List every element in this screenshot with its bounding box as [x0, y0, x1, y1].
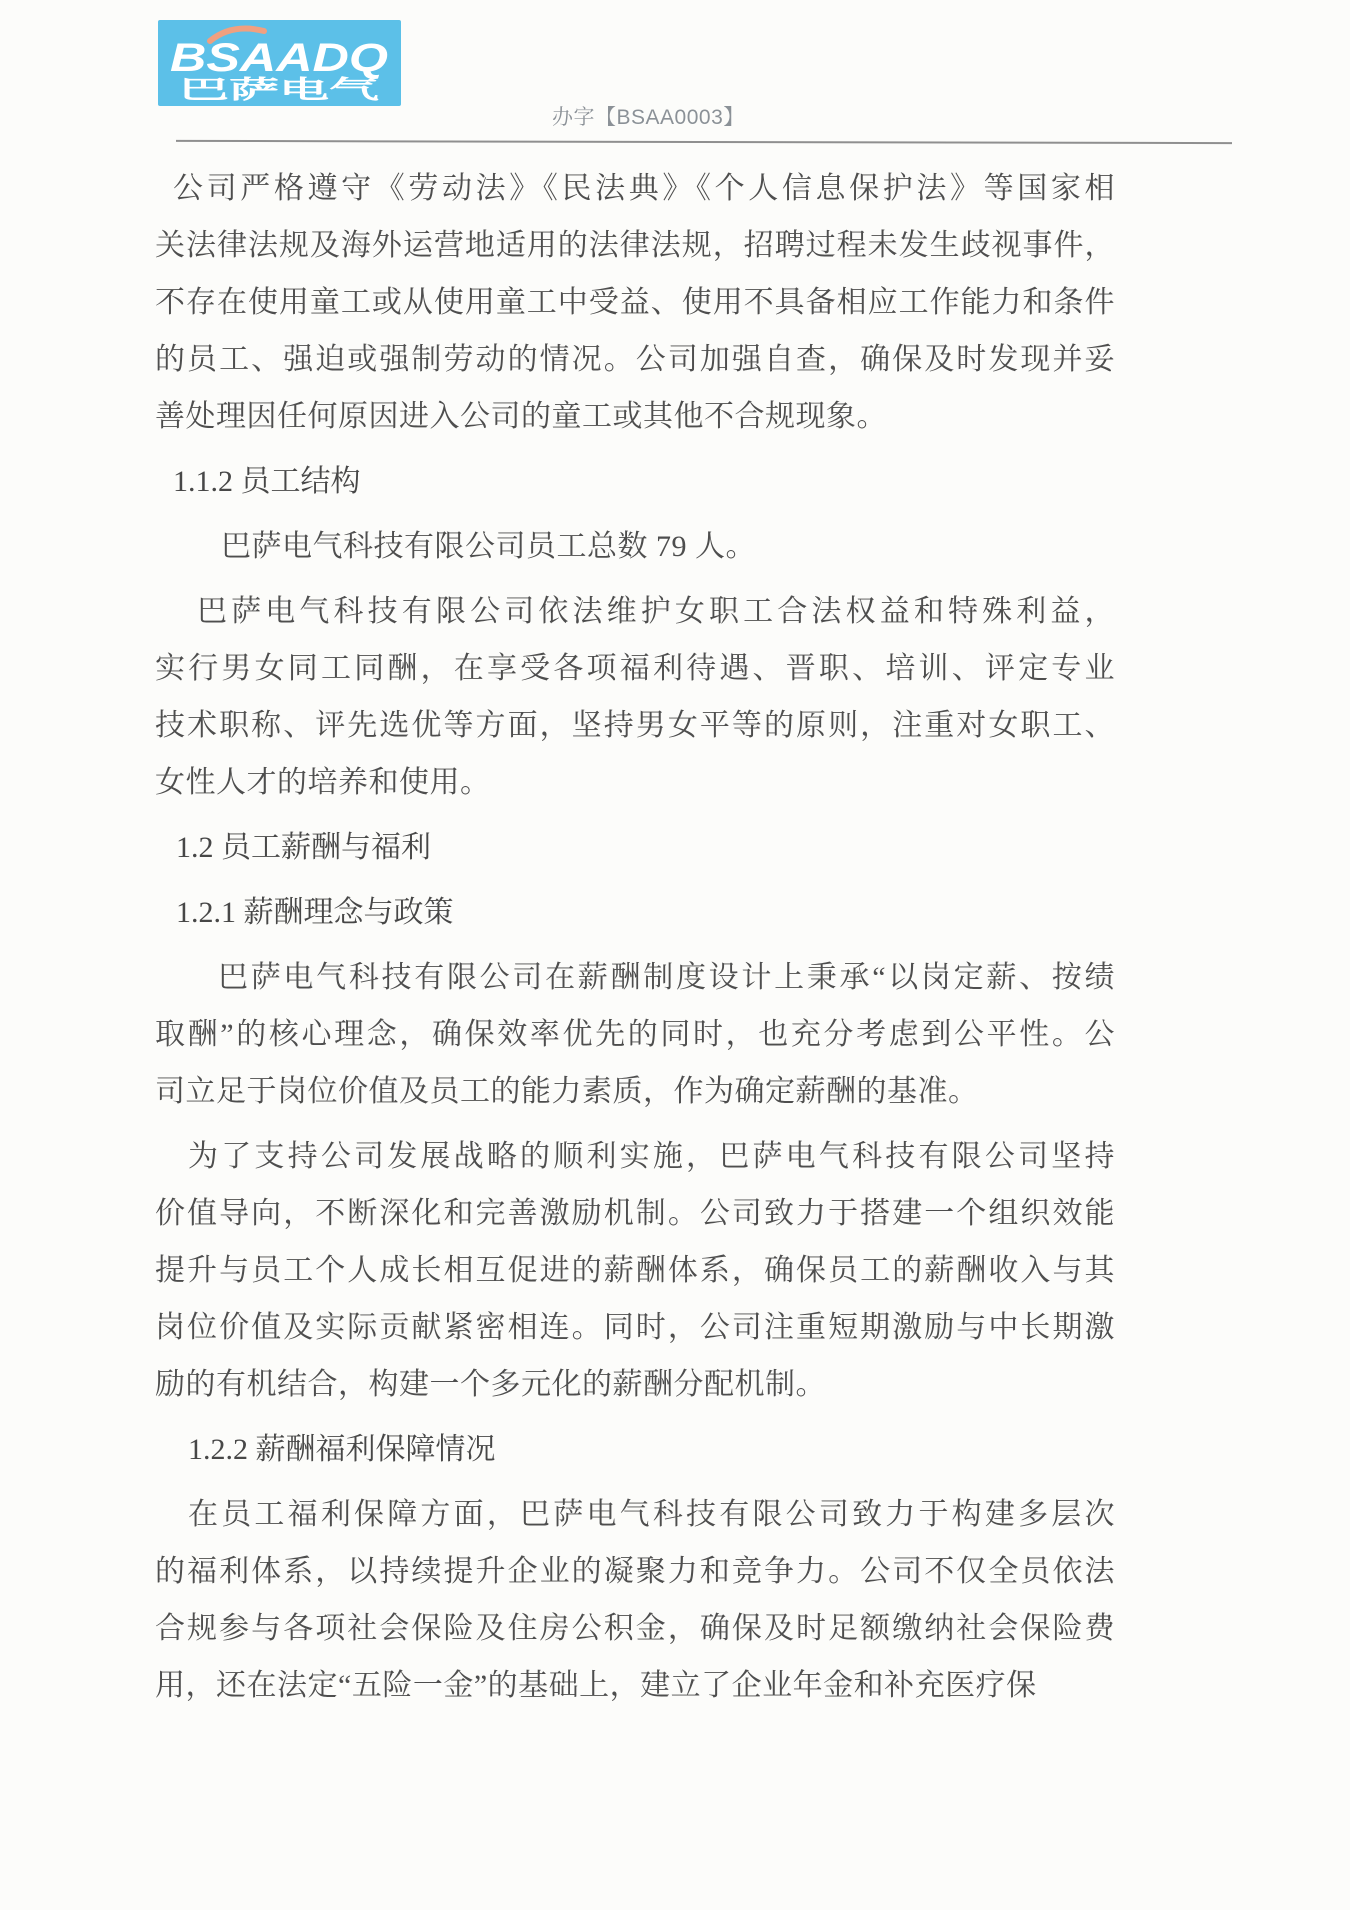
text-line: 巴萨电气科技有限公司员工总数 79 人。 [155, 518, 1115, 575]
body-paragraph: 巴萨电气科技有限公司依法维护女职工合法权益和特殊利益，实行男女同工同酬，在享受各… [155, 583, 1115, 811]
text-line: 公司严格遵守《劳动法》《民法典》《个人信息保护法》等国家相 [155, 160, 1115, 217]
body-paragraph: 在员工福利保障方面，巴萨电气科技有限公司致力于构建多层次的福利体系，以持续提升企… [155, 1486, 1115, 1714]
text-line: 女性人才的培养和使用。 [155, 754, 1115, 811]
logo-brand-cn-text: 巴萨电气 [179, 75, 379, 104]
text-line: 巴萨电气科技有限公司依法维护女职工合法权益和特殊利益， [155, 583, 1115, 640]
logo-brand-text: BSAADQ [170, 36, 388, 80]
text-line: 司立足于岗位价值及员工的能力素质，作为确定薪酬的基准。 [155, 1063, 1115, 1120]
section-heading: 1.2.1 薪酬理念与政策 [155, 884, 1115, 941]
text-line: 励的有机结合，构建一个多元化的薪酬分配机制。 [155, 1356, 1115, 1413]
body-paragraph: 巴萨电气科技有限公司员工总数 79 人。 [155, 518, 1115, 575]
text-line: 的福利体系，以持续提升企业的凝聚力和竞争力。公司不仅全员依法 [155, 1543, 1115, 1600]
text-line: 岗位价值及实际贡献紧密相连。同时，公司注重短期激励与中长期激 [155, 1299, 1115, 1356]
scanned-document-page: BSAADQ 巴萨电气 办字【BSAA0003】 公司严格遵守《劳动法》《民法典… [0, 0, 1350, 1910]
document-number: 办字【BSAA0003】 [552, 101, 745, 131]
body-paragraph: 为了支持公司发展战略的顺利实施，巴萨电气科技有限公司坚持价值导向，不断深化和完善… [155, 1128, 1115, 1413]
text-line: 取酬”的核心理念，确保效率优先的同时，也充分考虑到公平性。公 [155, 1006, 1115, 1063]
text-line: 技术职称、评先选优等方面，坚持男女平等的原则，注重对女职工、 [155, 697, 1115, 754]
text-line: 的员工、强迫或强制劳动的情况。公司加强自查，确保及时发现并妥 [155, 331, 1115, 388]
text-line: 在员工福利保障方面，巴萨电气科技有限公司致力于构建多层次 [155, 1486, 1115, 1543]
section-heading: 1.2.2 薪酬福利保障情况 [155, 1421, 1115, 1478]
text-line: 巴萨电气科技有限公司在薪酬制度设计上秉承“以岗定薪、按绩 [155, 949, 1115, 1006]
text-line: 用，还在法定“五险一金”的基础上，建立了企业年金和补充医疗保 [155, 1657, 1115, 1714]
body-paragraph: 公司严格遵守《劳动法》《民法典》《个人信息保护法》等国家相关法律法规及海外运营地… [155, 160, 1115, 445]
text-line: 价值导向，不断深化和完善激励机制。公司致力于搭建一个组织效能 [155, 1185, 1115, 1242]
text-line: 合规参与各项社会保险及住房公积金，确保及时足额缴纳社会保险费 [155, 1600, 1115, 1657]
text-line: 为了支持公司发展战略的顺利实施，巴萨电气科技有限公司坚持 [155, 1128, 1115, 1185]
text-line: 实行男女同工同酬，在享受各项福利待遇、晋职、培训、评定专业 [155, 640, 1115, 697]
text-line: 善处理因任何原因进入公司的童工或其他不合规现象。 [155, 388, 1115, 445]
section-heading: 1.2 员工薪酬与福利 [155, 819, 1115, 876]
body-paragraph: 巴萨电气科技有限公司在薪酬制度设计上秉承“以岗定薪、按绩取酬”的核心理念，确保效… [155, 949, 1115, 1120]
text-line: 不存在使用童工或从使用童工中受益、使用不具备相应工作能力和条件 [155, 274, 1115, 331]
header-divider [176, 140, 1232, 144]
text-line: 提升与员工个人成长相互促进的薪酬体系，确保员工的薪酬收入与其 [155, 1242, 1115, 1299]
section-heading: 1.1.2 员工结构 [155, 453, 1115, 510]
document-body: 公司严格遵守《劳动法》《民法典》《个人信息保护法》等国家相关法律法规及海外运营地… [155, 160, 1115, 1722]
company-logo: BSAADQ 巴萨电气 [158, 20, 401, 106]
text-line: 关法律法规及海外运营地适用的法律法规，招聘过程未发生歧视事件， [155, 217, 1115, 274]
